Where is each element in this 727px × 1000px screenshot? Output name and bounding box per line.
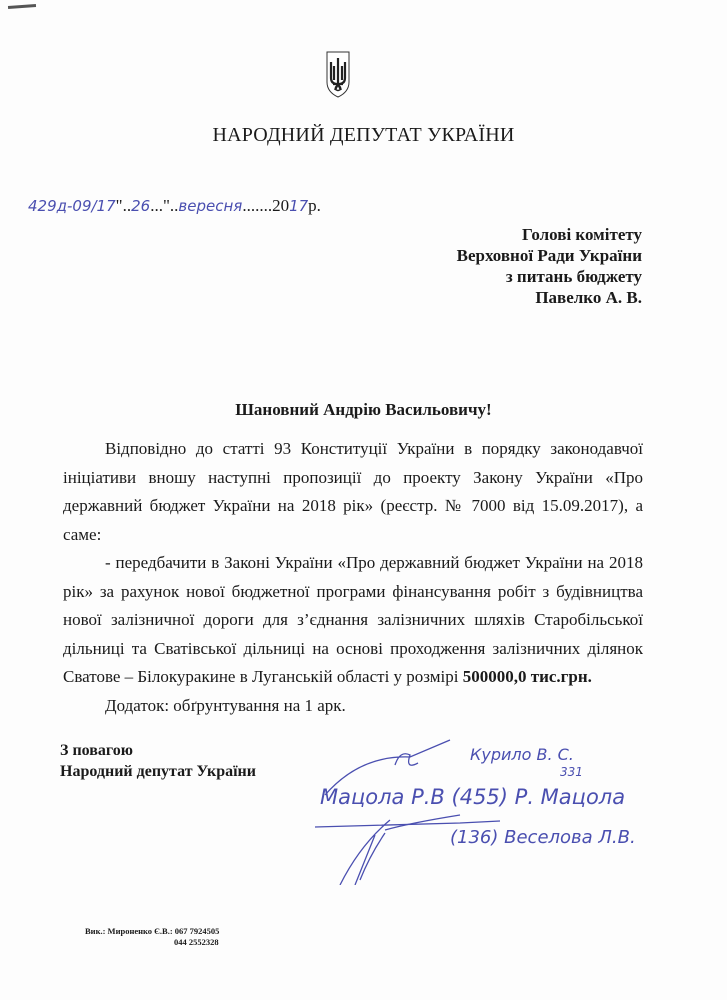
registration-number: 429д-09/17 [28,197,116,215]
closing-block: З повагою Народний депутат України [60,740,256,782]
coat-of-arms-icon [325,50,351,98]
body-paragraph: Відповідно до статті 93 Конституції Укра… [63,435,643,549]
addressee-line: Голові комітету [457,224,642,245]
addressee-line: з питань бюджету [457,266,642,287]
requested-amount: 500000,0 тис.грн. [463,667,592,686]
attachment-note: Додаток: обґрунтування на 1 арк. [63,692,643,721]
addressee-block: Голові комітету Верховної Ради України з… [457,224,642,308]
letter-body: Відповідно до статті 93 Конституції Укра… [63,435,643,720]
registration-line: 429д-09/17"..26..."..вересня.......2017р… [28,196,321,216]
registration-month: вересня [178,197,242,215]
registration-year: 17 [289,197,308,215]
signatures-area: Курило В. С. 331 Мацола Р.В (455) Р. Мац… [300,735,710,885]
closing-regards: З повагою [60,740,256,761]
executor-label: Вик.: Мироненко Є.В.: 067 7924505 [85,926,219,937]
salutation: Шановний Андрію Васильовичу! [0,400,727,420]
executor-phone: 044 2552328 [85,937,219,948]
signature-veselova: (136) Веселова Л.В. [450,827,636,848]
executor-contact: Вик.: Мироненко Є.В.: 067 7924505 044 25… [85,926,219,948]
closing-title: Народний депутат України [60,761,256,782]
registration-day: 26 [131,197,150,215]
page-title: НАРОДНИЙ ДЕПУТАТ УКРАЇНИ [0,124,727,147]
addressee-line: Верховної Ради України [457,245,642,266]
addressee-line: Павелко А. В. [457,287,642,308]
signature-matsola: Мацола Р.В (455) Р. Мацола [320,785,625,809]
signature-kurylo: Курило В. С. [470,745,574,764]
body-paragraph: - передбачити в Законі України «Про держ… [63,549,643,692]
signature-number: 331 [560,765,583,779]
scan-corner-mark [8,4,36,9]
